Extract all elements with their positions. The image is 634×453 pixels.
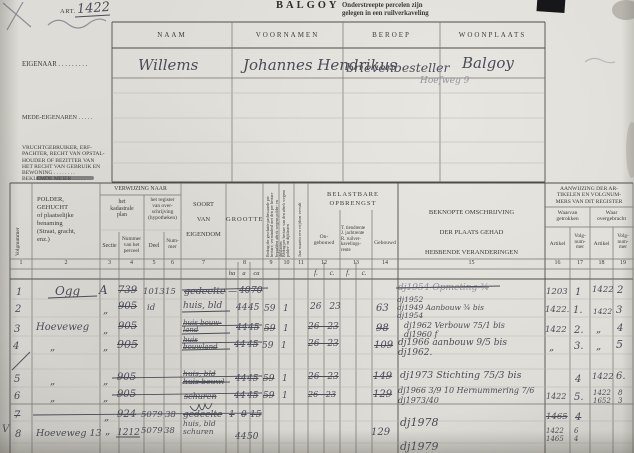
colnum-15: 15 xyxy=(398,260,545,266)
r2-ongebouwd: 26 23 xyxy=(310,302,341,312)
owner-woonplaats: Balgoy xyxy=(462,54,514,72)
colnum-1: 1 xyxy=(10,260,32,266)
r1-perceel: 739 xyxy=(118,285,137,296)
r8-perceel: 1212 xyxy=(117,428,140,438)
r6-soort: schuren xyxy=(184,392,217,401)
r8-artikel-getrokken: 1422 1465 xyxy=(546,428,564,443)
r1-grootte-a: 40 xyxy=(239,286,250,296)
col-header-beroep: BEROEP xyxy=(343,31,440,39)
scanned-register-page: { "page": { "art_label": "ART.", "art_nu… xyxy=(0,0,634,453)
r3-ongebouwd: 26 23 xyxy=(308,322,339,332)
col-header-woonplaats: WOONPLAATS xyxy=(440,31,545,39)
r6-grootte-a: 44 xyxy=(234,391,245,401)
r6-artikel-overgebracht: 1422 1652 xyxy=(593,390,611,405)
r8-gebouwd: 129 xyxy=(371,427,390,438)
hdr-artikel-overgebracht: Artikel xyxy=(590,241,613,247)
colnum-14: 14 xyxy=(372,260,398,266)
r2-gebouwd: 63 xyxy=(376,303,389,314)
hdr-waarvan-getrokken: Waarvan getrokken xyxy=(545,210,590,222)
r1-volgnr: 1 xyxy=(16,287,22,298)
r8-grootte-ca: 50 xyxy=(247,432,258,442)
r6-omschrijving: dj1966 3/9 10 Hernummering 7/6 dj1973/40 xyxy=(398,386,534,406)
r3-volgnr-getrokken: 2. xyxy=(574,325,584,336)
r2-grootte-ca: 45 xyxy=(248,303,259,313)
r1-grootte-ha: — xyxy=(228,287,237,297)
r4-artikel-getrokken: „ xyxy=(549,342,554,353)
hdr-volgnr-overgebracht: Volg- num- mer xyxy=(613,234,633,251)
owner-adres-pencil-note: Hoefweg 9 xyxy=(420,76,469,86)
unit-ca: ca xyxy=(250,270,263,277)
hdr-grootte: GROOTTE xyxy=(226,216,263,223)
r4-ongebouwd: 26 23 xyxy=(308,339,339,349)
r7-grootte-ha: 1 xyxy=(229,410,235,420)
art-label: ART. xyxy=(60,8,76,15)
r4-soort: huis bouwland xyxy=(183,337,218,351)
hdr-renten: T. tiendrente J. jachtrente R. ruilver- … xyxy=(341,226,373,253)
r3-volgnr: 3 xyxy=(14,324,20,335)
r5-omschrijving: dj1973 Stichting 75/3 bis xyxy=(400,370,521,381)
r3-volgnr-overgebracht: 4 xyxy=(617,323,623,334)
r4-perceel: 905 xyxy=(117,338,138,351)
hdr-volgnr-getrokken: Volg- num- mer xyxy=(570,234,590,251)
r7-sectie: „ xyxy=(104,412,109,423)
r7-deel: 5079 xyxy=(141,410,163,420)
r3-sectie: „ xyxy=(103,325,108,336)
unit-c-ongebouwd: c. xyxy=(324,269,340,277)
r5-pachtwaarde: 59 xyxy=(263,374,274,384)
r2-aftrek: 1 xyxy=(283,304,289,314)
r2-artikel-getrokken: 1422. xyxy=(545,305,569,315)
hdr-sectie: Sectie xyxy=(100,243,119,249)
col-header-voornamen: VOORNAMEN xyxy=(232,31,343,39)
r3-artikel-getrokken: 1422 xyxy=(545,325,567,335)
colnum-4: 4 xyxy=(119,260,144,266)
r1-soort: gedeelte xyxy=(184,286,226,297)
r5-volgnr: 5 xyxy=(14,374,20,385)
r6-gebouwd: 129 xyxy=(373,389,392,400)
r7-volgnr-getrokken: 4 xyxy=(575,412,581,423)
r4-artikel-overgebracht: „ xyxy=(596,341,601,352)
r1-omschrijving: dj1954 Opmeting ¾ xyxy=(398,283,489,293)
r6-volgnr-getrokken: 5. xyxy=(574,392,584,403)
hdr-waar-overgebracht: Waar overgebracht xyxy=(590,210,633,222)
hdr-beknopte-omschrijving: BEKNOPTE OMSCHRIJVING DER PLAATS GEHAD H… xyxy=(398,203,545,263)
r4-grootte-a: 44 xyxy=(234,340,245,350)
r6-volgnr-overgebracht: 8 3 xyxy=(618,390,622,405)
r8-deel: 5079 xyxy=(141,426,163,436)
art-number: 1422 xyxy=(77,0,111,17)
owner-naam: Willems xyxy=(138,56,198,74)
r8-polder: Hoeveweg 13 xyxy=(36,428,102,439)
colnum-2: 2 xyxy=(32,260,100,266)
r8-omschrijving: dj1979 xyxy=(400,440,438,453)
r5-soort: huis, bld huis bouwl xyxy=(183,370,224,385)
label-vruchtgebruiker: VRUCHTGEBRUIKER, ERF- PACHTER, RECHT VAN… xyxy=(22,145,116,183)
r7-grootte-a: 0 xyxy=(241,410,247,420)
col-header-naam: NAAM xyxy=(112,31,232,39)
r8-volgnr: 8 xyxy=(15,429,21,440)
r3-omschrijving: dj1962 Verbouw 75/1 bis dj1960 f xyxy=(404,321,505,339)
r3-soort: huis bouw- land xyxy=(183,320,222,334)
r5-perceel: 905 xyxy=(117,372,136,383)
r2-deel: id xyxy=(147,303,155,313)
r5-aftrek: 1 xyxy=(282,374,288,384)
colnum-17: 17 xyxy=(570,260,590,266)
r2-soort: huis, bld xyxy=(183,301,222,311)
r4-polder: „ xyxy=(50,342,55,353)
colnum-10: 10 xyxy=(279,260,294,266)
hdr-aanwijzing: AANWIJZING DER AR- TIKELEN EN VOLGNUM- M… xyxy=(545,186,633,205)
r8-volgnr-getrokken: 6 4 xyxy=(574,428,578,443)
colnum-3: 3 xyxy=(100,260,119,266)
colnum-18: 18 xyxy=(590,260,613,266)
r3-pachtwaarde: 59 xyxy=(264,324,275,334)
page-title: BALGOY xyxy=(276,0,340,11)
r3-grootte-ca: 45 xyxy=(248,323,259,333)
r7-volgnr: 7 xyxy=(14,410,20,421)
r3-perceel: 905 xyxy=(118,321,137,332)
r3-polder: Hoeveweg xyxy=(36,322,89,333)
colnum-8: 8 xyxy=(226,260,263,266)
r5-volgnr-getrokken: 4 xyxy=(575,374,581,385)
owner-beroep: brievenbesteller xyxy=(346,60,450,75)
colnum-7: 7 xyxy=(181,260,226,266)
r3-gebouwd: 98 xyxy=(376,323,389,334)
r2-omschrijving: dj1952 dj1949 Aanbouw ¾ bis dj1954 xyxy=(397,296,484,320)
hdr-aftrek: Bedrag per hectare van den aftrek wegens… xyxy=(282,185,291,257)
r7-grootte-ca: 15 xyxy=(250,410,261,420)
r4-volgnr: 4 xyxy=(13,341,19,352)
hdr-vrijdom: Jaar waarin een vrijdom vervalt xyxy=(298,187,303,257)
unit-f-renten: f. xyxy=(340,269,356,277)
r8-soort: huis, bld schuren xyxy=(183,420,216,435)
r4-volgnr-getrokken: 3. xyxy=(574,341,584,352)
r2-perceel: 905 xyxy=(118,301,137,312)
r6-pachtwaarde: 59 xyxy=(263,391,274,401)
r6-aftrek: 1 xyxy=(282,391,288,401)
hdr-kadastrale-plan: het kadastrale plan xyxy=(100,199,144,219)
r8-grootte-a: 44 xyxy=(235,432,246,442)
r2-artikel-overgebracht: 1422 xyxy=(593,307,612,316)
r5-grootte-ca: 45 xyxy=(247,374,258,384)
colnum-16: 16 xyxy=(545,260,570,266)
r6-polder: „ xyxy=(50,393,55,404)
r2-grootte-a: 44 xyxy=(236,303,247,313)
colnum-9: 9 xyxy=(263,260,279,266)
r1-volgnr-getrokken: 1 xyxy=(575,287,581,298)
r6-perceel: 905 xyxy=(117,389,136,400)
colnum-12: 12 xyxy=(308,260,340,266)
r3-aftrek: 1 xyxy=(283,324,289,334)
r5-sectie: „ xyxy=(103,376,108,387)
r7-hyp-nummer: 38 xyxy=(165,410,176,420)
r6-volgnr: 6 xyxy=(14,391,20,402)
r1-deel: 1013 xyxy=(143,287,165,297)
r6-grootte-ca: 45 xyxy=(247,391,258,401)
unit-ha: ha xyxy=(226,270,238,277)
r7-omschrijving: dj1978 xyxy=(400,416,438,429)
r8-sectie: „ xyxy=(105,426,110,437)
r7-artikel-getrokken: 1465 xyxy=(546,412,568,422)
r6-artikel-getrokken: 1422 xyxy=(546,392,566,401)
unit-a: a xyxy=(238,270,250,277)
r4-grootte-ca: 45 xyxy=(247,340,258,350)
r4-aftrek: 1 xyxy=(281,341,287,351)
r6-ongebouwd: 26 23 xyxy=(308,390,336,399)
r7-perceel: 924 xyxy=(117,409,136,420)
r1-artikel-overgebracht: 1422 xyxy=(592,285,614,295)
r1-volgnr-overgebracht: 2 xyxy=(617,285,623,296)
r5-polder: „ xyxy=(50,376,55,387)
r4-volgnr-overgebracht: 5 xyxy=(616,338,623,351)
r4-pachtwaarde: 59 xyxy=(262,341,273,351)
r3-grootte-a: 44 xyxy=(236,323,247,333)
r3-artikel-overgebracht: „ xyxy=(596,324,601,335)
r5-ongebouwd: 26 23 xyxy=(308,372,339,382)
colnum-11: 11 xyxy=(294,260,308,266)
r1-hyp-nummer: 15 xyxy=(165,287,176,297)
hdr-register-overschrijving: het register van over- schrijving (hypot… xyxy=(144,197,181,221)
hdr-deel: Deel xyxy=(144,243,164,249)
label-mede-eigenaren: MEDE-EIGENAREN . . . . . xyxy=(22,114,92,121)
colnum-19: 19 xyxy=(613,260,633,266)
r8-hyp-nummer: 38 xyxy=(164,426,175,436)
unit-f-ongebouwd: f. xyxy=(308,269,324,277)
r5-volgnr-overgebracht: 6. xyxy=(616,371,626,382)
r2-volgnr-getrokken: 1. xyxy=(573,305,583,316)
r6-sectie: „ xyxy=(103,393,108,404)
r2-volgnr: 2 xyxy=(15,304,21,315)
hdr-verwijzing-naar: VERWIJZING NAAR xyxy=(100,186,181,192)
r5-artikel-overgebracht: 1422 xyxy=(592,372,614,382)
unit-c-renten: c. xyxy=(356,269,372,277)
hdr-artikel-getrokken: Artikel xyxy=(545,241,570,247)
r1-grootte-ca: 70 xyxy=(251,286,262,296)
ruilverkaveling-note: Onderstreepte percelen zijn gelegen in e… xyxy=(342,2,429,18)
r4-omschrijving: dj1966 aanbouw 9/5 bis dj1962. xyxy=(398,338,507,358)
hdr-polder: POLDER, GEHUCHT of plaatselijke benaming… xyxy=(37,196,75,244)
colnum-5: 5 xyxy=(144,260,164,266)
hdr-soort-van-eigendom: SOORT VAN EIGENDOM xyxy=(181,197,226,242)
r2-volgnr-overgebracht: 3 xyxy=(616,305,622,316)
r1-polder: Ogg xyxy=(55,284,80,298)
r5-gebouwd: 149 xyxy=(373,371,392,382)
r4-gebouwd: 109 xyxy=(374,340,393,351)
r2-sectie: „ xyxy=(103,305,108,316)
label-eigenaar: EIGENAAR . . . . . . . . . xyxy=(22,61,87,68)
colnum-6: 6 xyxy=(164,260,181,266)
colnum-13: 13 xyxy=(340,260,372,266)
r1-sectie: A xyxy=(99,283,108,297)
hdr-ongebouwd: On- gebouwd xyxy=(308,234,340,246)
r8-margin-mark: V xyxy=(2,424,9,435)
hdr-nummer: Num- mer xyxy=(164,239,181,251)
hdr-gebouwd: Gebouwd xyxy=(372,240,398,246)
r1-artikel-getrokken: 1203 xyxy=(546,287,568,297)
r2-pachtwaarde: 59 xyxy=(264,304,275,314)
hdr-volgnummer: Volgnummer xyxy=(15,186,21,256)
r4-sectie: „ xyxy=(103,342,108,353)
hdr-belastbare-opbrengst: BELASTBARE OPBRENGST xyxy=(308,190,398,208)
hdr-nummer-perceel: Nummer van het perceel xyxy=(119,237,144,254)
r5-grootte-a: 44 xyxy=(235,374,246,384)
